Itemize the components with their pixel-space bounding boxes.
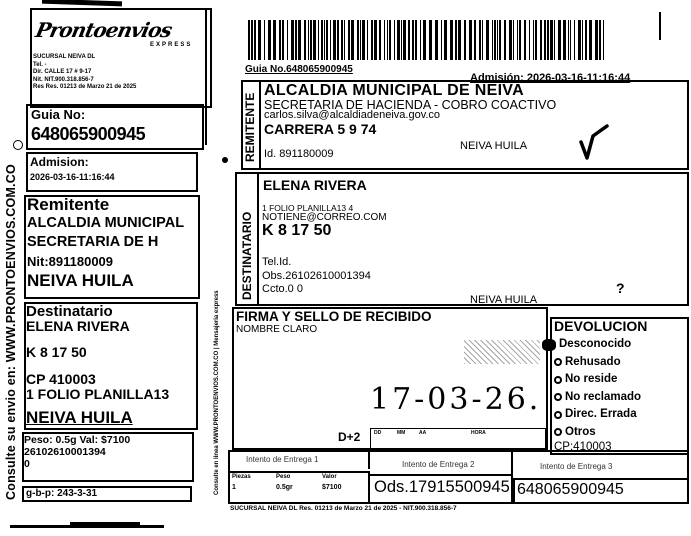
grid-header-hora: HORA: [471, 430, 486, 436]
stub-remitente-dept: SECRETARIA DE H: [27, 233, 184, 252]
edge-mark: [659, 12, 661, 40]
radio-icon: [554, 393, 562, 401]
devolucion-title: DEVOLUCION: [554, 318, 647, 334]
option-label: Direc. Errada: [565, 406, 637, 424]
destinatario-vertical-label: DESTINATARIO: [240, 212, 254, 300]
delivery-days: D+2: [338, 430, 360, 444]
destinatario-obs: Obs.26102610001394: [262, 270, 371, 284]
circle-mark: [13, 140, 23, 150]
destinatario-name: ELENA RIVERA: [263, 177, 367, 193]
destinatario-folio-email: 1 FOLIO PLANILLA13 4 NOTIENE@CORREO.COM: [262, 204, 387, 222]
radio-checked-icon: [542, 339, 556, 351]
devolucion-option-direc-errada[interactable]: Direc. Errada: [554, 406, 641, 424]
stub-destinatario-cp: CP 410003: [26, 372, 169, 387]
branch-tel: Tel. -: [33, 62, 136, 70]
stub-bottom-edge-thick: [70, 522, 140, 528]
devolucion-option-no-reside[interactable]: No reside: [554, 371, 641, 389]
stub-divider: [205, 10, 207, 145]
stub-peso-extra: 0: [24, 458, 130, 470]
branch-info: SUCURSAL NEIVA DL Tel. - Dir. CALLE 17 #…: [33, 54, 136, 92]
grid-header-mm: MM: [397, 430, 405, 436]
option-label: Rehusado: [565, 354, 621, 372]
stub-remitente-nit: Nit:891180009: [27, 252, 184, 271]
option-label: No reclamado: [565, 389, 641, 407]
destinatario-city: NEIVA HUILA: [470, 294, 537, 306]
destinatario-tel: Tel.Id.: [262, 256, 371, 270]
stub-remitente-city: NEIVA HUILA: [27, 271, 184, 290]
devolucion-option-rehusado[interactable]: Rehusado: [554, 354, 641, 372]
stub-destinatario-cp-folio: CP 410003 1 FOLIO PLANILLA13: [26, 372, 169, 402]
stub-destinatario-city: NEIVA HUILA: [26, 408, 133, 428]
punch-dot: [222, 157, 228, 163]
devolucion-option-desconocido[interactable]: Desconocido: [554, 336, 641, 354]
devolucion-options: Desconocido Rehusado No reside No reclam…: [554, 336, 641, 441]
handwritten-check-icon: [575, 122, 615, 162]
company-logo-subtitle: EXPRESS: [150, 42, 192, 48]
stub-peso: Peso: 0.5g Val: $7100 26102610001394 0: [24, 434, 130, 470]
branch-resolution: Res Res. 01213 de Marzo 21 de 2025: [33, 84, 136, 92]
stub-admision-date: 2026-03-16-11:16:44: [30, 172, 115, 182]
valor-label: Valor: [322, 474, 337, 480]
stub-peso-valor: Peso: 0.5g Val: $7100: [24, 434, 130, 446]
barcode: [248, 20, 608, 60]
stub-admision-label: Admision:: [30, 155, 89, 169]
grid-header-aa: AA: [419, 430, 426, 436]
radio-icon: [554, 428, 562, 436]
stub-remitente-title: Remitente: [27, 195, 184, 214]
remitente-vertical-label: REMITENTE: [243, 93, 257, 162]
intento-1-label: Intento de Entrega 1: [246, 455, 319, 464]
intento-2-hline: [370, 474, 511, 476]
radio-icon: [554, 376, 562, 384]
option-label: Otros: [565, 424, 596, 442]
piezas-label: Piezas: [232, 474, 251, 480]
radio-icon: [554, 358, 562, 366]
bottom-guia-number: 648065900945: [517, 481, 624, 499]
stub-remitente-name: ALCALDIA MUNICIPAL: [27, 214, 184, 233]
option-label: No reside: [565, 371, 617, 389]
firma-title: FIRMA Y SELLO DE RECIBIDO: [236, 309, 432, 324]
delivery-date-grid: DD MM AA HORA: [370, 428, 546, 450]
peso-label: Peso: [276, 474, 290, 480]
intento-2-label: Intento de Entrega 2: [402, 460, 475, 469]
stub-destinatario-folio: 1 FOLIO PLANILLA13: [26, 387, 169, 402]
stub-destinatario-name: ELENA RIVERA: [26, 318, 130, 334]
intento-3-label: Intento de Entrega 3: [540, 462, 613, 471]
signature-stamp: [464, 340, 540, 364]
devolucion-option-no-reclamado[interactable]: No reclamado: [554, 389, 641, 407]
intento-1-header: Intento de Entrega 1: [230, 452, 370, 469]
devolucion-option-otros[interactable]: Otros: [554, 424, 641, 442]
stub-top-edge: [42, 0, 122, 6]
grid-header-dd: DD: [374, 430, 381, 436]
firma-subtitle: NOMBRE CLARO: [236, 324, 317, 335]
branch-address: Dir. CALLE 17 # 9-17: [33, 69, 136, 77]
peso-value: 0.5gr: [276, 484, 293, 491]
footer-legal: SUCURSAL NEIVA DL Res. 01213 de Marzo 21…: [230, 505, 457, 512]
stub-guia-label: Guia No:: [31, 107, 85, 122]
branch-name: SUCURSAL NEIVA DL: [33, 54, 136, 62]
remitente-id: Id. 891180009: [264, 148, 334, 160]
ods-number: Ods.17915500945: [374, 478, 510, 497]
destinatario-details: Tel.Id. Obs.26102610001394 Ccto.0 0: [262, 256, 371, 297]
handwritten-date: 17-03-26.: [370, 382, 541, 417]
stub-destinatario-address: K 8 17 50: [26, 344, 87, 360]
handwritten-mark: ?: [616, 280, 625, 296]
stub-peso-ref: 26102610001394: [24, 446, 130, 458]
stub-guia-number: 648065900945: [31, 124, 145, 145]
radio-icon: [554, 411, 562, 419]
main-vertical-website: Consulte en linea WWW.PRONTOENVIOS.COM.C…: [214, 290, 220, 495]
destinatario-email: NOTIENE@CORREO.COM: [262, 213, 387, 222]
piezas-value: 1: [232, 484, 236, 491]
valor-value: $7100: [322, 484, 341, 491]
piezas-grid: Piezas Peso Valor 1 0.5gr $7100: [230, 471, 370, 503]
destinatario-address: K 8 17 50: [262, 222, 331, 240]
option-label: Desconocido: [559, 336, 631, 354]
destinatario-ccto: Ccto.0 0: [262, 283, 371, 297]
company-logo: Prontoenvios: [33, 18, 173, 42]
remitente-address: CARRERA 5 9 74: [264, 121, 376, 137]
branch-nit: Nit. NIT.900.318.856-7: [33, 77, 136, 85]
stub-vertical-website: Consulte su envio en: WWW.PRONTOENVIOS.C…: [4, 164, 18, 500]
stub-gbp-code: g-b-p: 243-3-31: [26, 488, 97, 499]
main-guia-number: Guia No.648065900945: [245, 64, 353, 75]
remitente-city: NEIVA HUILA: [460, 140, 527, 152]
remitente-email: carlos.silva@alcaldiadeneiva.gov.co: [264, 109, 440, 121]
stub-remitente: Remitente ALCALDIA MUNICIPAL SECRETARIA …: [27, 195, 184, 290]
